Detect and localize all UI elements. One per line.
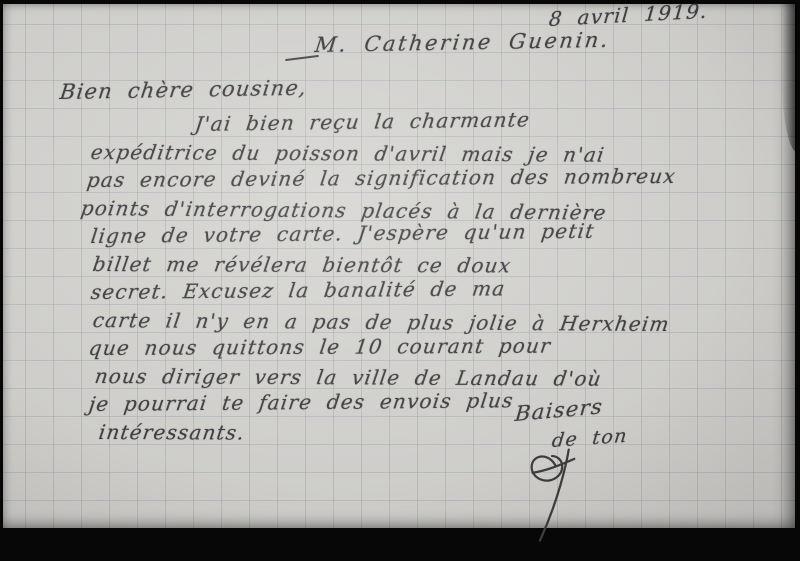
signature-monogram-icon — [517, 444, 589, 546]
body-line: expéditrice du poisson d'avril mais je n… — [89, 140, 606, 167]
body-line: ligne de votre carte. J'espère qu'un pet… — [89, 219, 596, 248]
body-line: billet me révélera bientôt ce doux — [91, 252, 513, 277]
body-line: carte il n'y en a pas de plus jolie à He… — [91, 308, 671, 336]
scanned-letter: 8 avril 1919. M. Catherine Guenin. Bien … — [0, 0, 800, 561]
addressee-line: M. Catherine Guenin. — [314, 28, 612, 57]
salutation-line: Bien chère cousine, — [59, 76, 309, 104]
scan-edge-shadow — [781, 2, 797, 152]
body-line: intéressants. — [97, 420, 247, 445]
closing-word-baisers: Baisers — [514, 394, 604, 425]
body-line: J'ai bien reçu la charmante — [193, 107, 531, 136]
body-line: je pourrai te faire des envois plus — [87, 388, 515, 416]
letter-paper: 8 avril 1919. M. Catherine Guenin. Bien … — [3, 4, 795, 528]
body-line: secret. Excusez la banalité de ma — [89, 276, 507, 304]
date-line: 8 avril 1919. — [548, 0, 709, 31]
body-line: nous diriger vers la ville de Landau d'o… — [93, 364, 603, 391]
body-line: que nous quittons le 10 courant pour — [87, 334, 552, 360]
body-line: pas encore deviné la signification des n… — [85, 164, 677, 192]
